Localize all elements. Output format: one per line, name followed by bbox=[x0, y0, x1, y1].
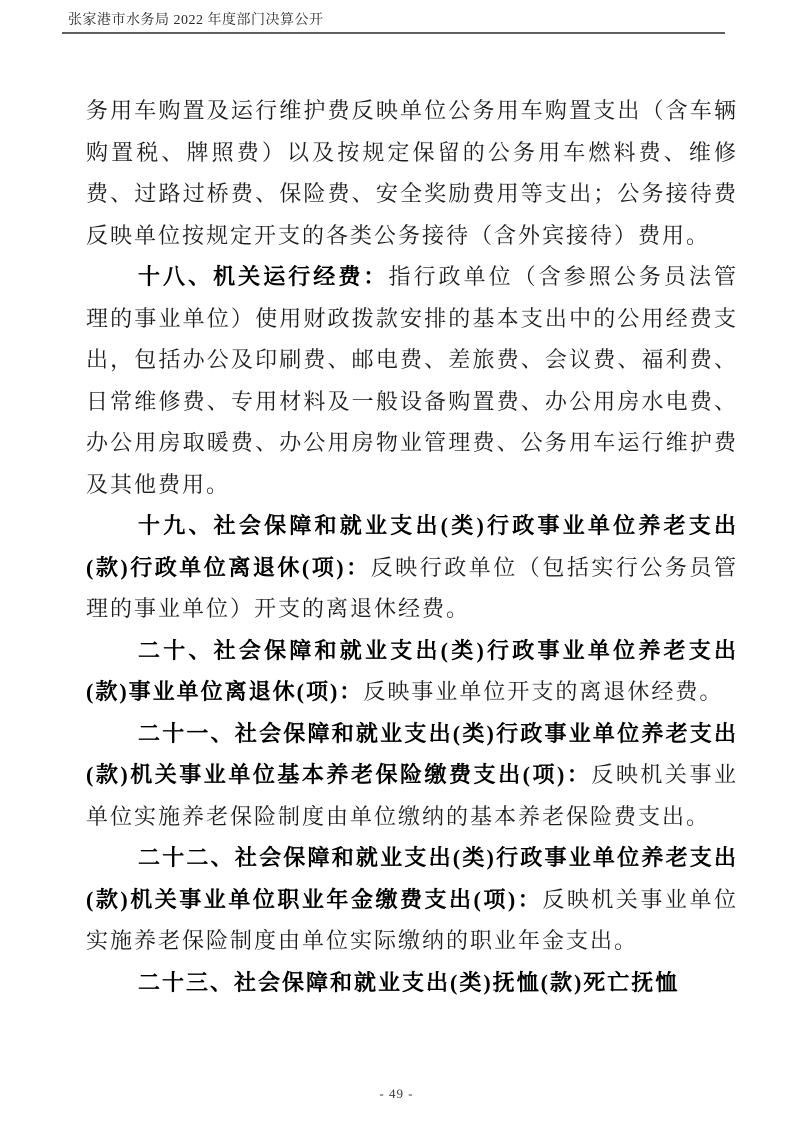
header-rule bbox=[62, 32, 725, 34]
footer-page-number: - 49 - bbox=[0, 1086, 793, 1102]
body-paragraph-23: 二十三、社会保障和就业支出(类)抚恤(款)死亡抚恤 bbox=[86, 962, 738, 1004]
paragraph-text: 反映事业单位开支的离退休经费。 bbox=[363, 679, 723, 704]
body-paragraph-21: 二十一、社会保障和就业支出(类)行政事业单位养老支出(款)机关事业单位基本养老保… bbox=[86, 713, 738, 838]
body-paragraph-continuation: 务用车购置及运行维护费反映单位公务用车购置支出（含车辆购置税、牌照费）以及按规定… bbox=[86, 90, 738, 256]
paragraph-text: 务用车购置及运行维护费反映单位公务用车购置支出（含车辆购置税、牌照费）以及按规定… bbox=[86, 98, 738, 248]
paragraph-text: 指行政单位（含参照公务员法管理的事业单位）使用财政拨款安排的基本支出中的公用经费… bbox=[86, 264, 738, 497]
document-page: 张家港市水务局 2022 年度部门决算公开 务用车购置及运行维护费反映单位公务用… bbox=[0, 0, 793, 1122]
running-header-title: 张家港市水务局 2022 年度部门决算公开 bbox=[68, 9, 324, 29]
body-paragraph-18: 十八、机关运行经费：指行政单位（含参照公务员法管理的事业单位）使用财政拨款安排的… bbox=[86, 256, 738, 505]
document-body: 务用车购置及运行维护费反映单位公务用车购置支出（含车辆购置税、牌照费）以及按规定… bbox=[86, 90, 738, 1003]
body-paragraph-22: 二十二、社会保障和就业支出(类)行政事业单位养老支出(款)机关事业单位职业年金缴… bbox=[86, 837, 738, 962]
paragraph-lead: 十八、机关运行经费： bbox=[138, 264, 388, 289]
body-paragraph-20: 二十、社会保障和就业支出(类)行政事业单位养老支出(款)事业单位离退休(项)：反… bbox=[86, 630, 738, 713]
paragraph-lead: 二十三、社会保障和就业支出(类)抚恤(款)死亡抚恤 bbox=[138, 970, 679, 995]
body-paragraph-19: 十九、社会保障和就业支出(类)行政事业单位养老支出(款)行政单位离退休(项)：反… bbox=[86, 505, 738, 630]
